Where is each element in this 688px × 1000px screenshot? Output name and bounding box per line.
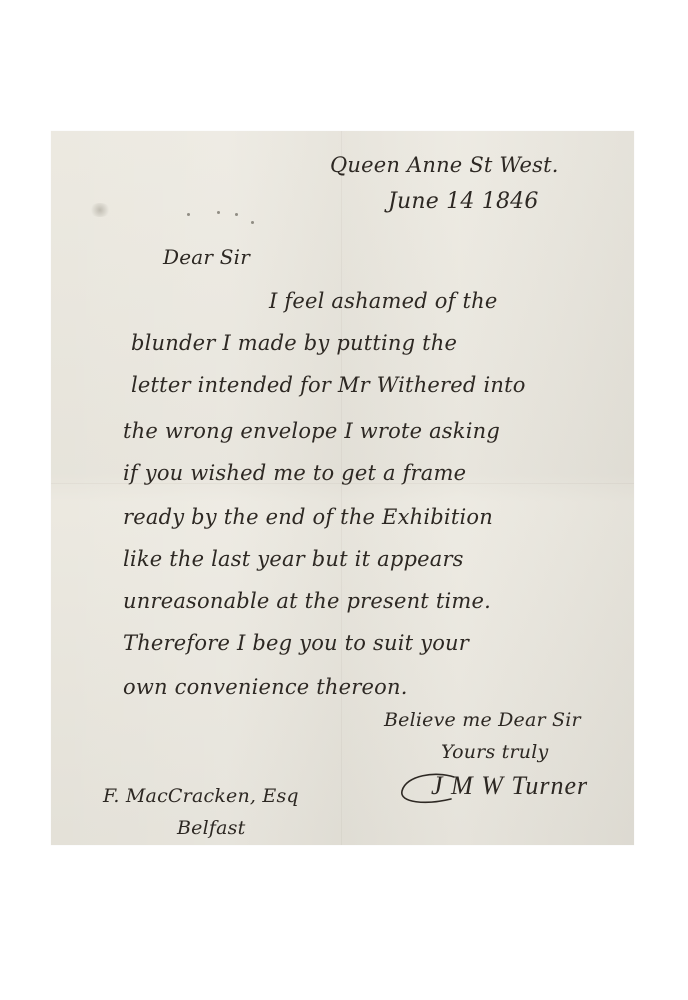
body-line: own convenience thereon. (123, 675, 408, 699)
ink-speck (251, 221, 254, 224)
closing-line: Yours truly (441, 741, 548, 763)
body-line: the wrong envelope I wrote asking (123, 419, 500, 443)
body-line: ready by the end of the Exhibition (123, 505, 493, 529)
ink-speck (235, 213, 238, 216)
ink-speck (187, 213, 190, 216)
ink-speck (217, 211, 220, 214)
body-line: I feel ashamed of the (269, 289, 497, 313)
body-line: like the last year but it appears (123, 547, 464, 571)
signature: J M W Turner (431, 771, 588, 801)
paper-fold-vertical (341, 131, 342, 845)
body-line: Therefore I beg you to suit your (123, 631, 469, 655)
body-line: letter intended for Mr Withered into (131, 373, 526, 397)
recipient-place: Belfast (177, 817, 245, 839)
ink-stain (89, 203, 111, 217)
letter-address: Queen Anne St West. (330, 153, 559, 177)
body-line: blunder I made by putting the (131, 331, 457, 355)
letter-date: June 14 1846 (388, 189, 539, 214)
body-line: if you wished me to get a frame (123, 461, 466, 485)
body-line: unreasonable at the present time. (123, 589, 491, 613)
letter-salutation: Dear Sir (163, 245, 250, 269)
letter-paper: Queen Anne St West. June 14 1846 Dear Si… (51, 131, 634, 845)
recipient-name: F. MacCracken, Esq (103, 785, 299, 807)
closing-line: Believe me Dear Sir (384, 709, 581, 731)
